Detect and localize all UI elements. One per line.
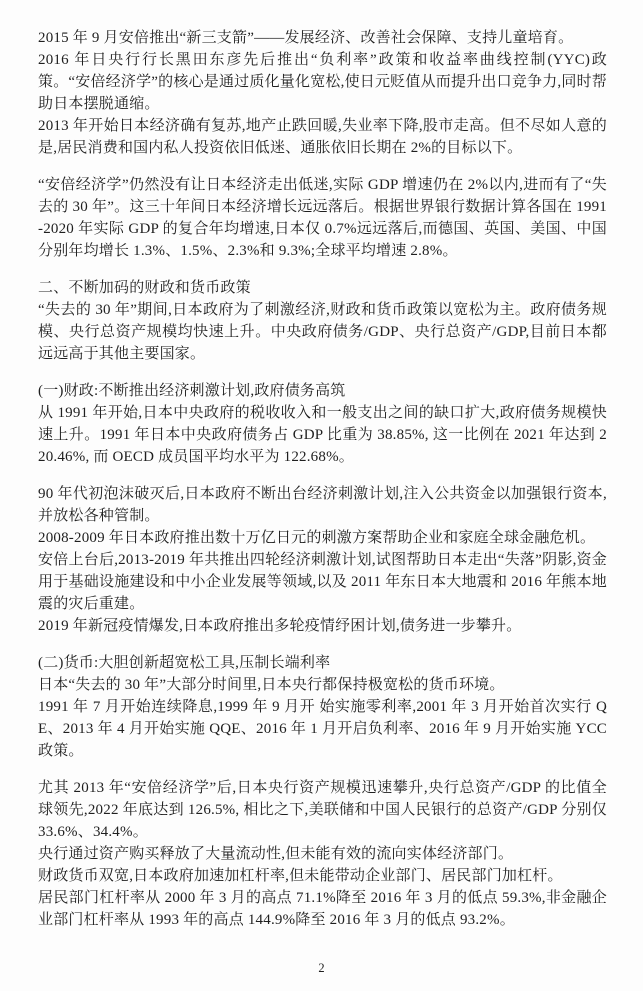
paragraph: 2015 年 9 月安倍推出“新三支箭”——发展经济、改善社会保障、支持儿童培育… xyxy=(38,27,607,49)
paragraph: 安倍上台后,2013-2019 年共推出四轮经济刺激计划,试图帮助日本走出“失落… xyxy=(38,549,607,615)
paragraph: 日本“失去的 30 年”大部分时间里,日本央行都保持极宽松的货币环境。 xyxy=(38,674,607,696)
paragraph: 央行通过资产购买释放了大量流动性,但未能有效的流向实体经济部门。 xyxy=(38,843,607,865)
paragraph: 财政货币双宽,日本政府加速加杠杆率,但未能带动企业部门、居民部门加杠杆。 xyxy=(38,865,607,887)
paragraph: 90 年代初泡沫破灭后,日本政府不断出台经济刺激计划,注入公共资金以加强银行资本… xyxy=(38,483,607,527)
paragraph: 2019 年新冠疫情爆发,日本政府推出多轮疫情纾困计划,债务进一步攀升。 xyxy=(38,615,607,637)
page-footer: 2 xyxy=(0,961,643,976)
subsection-heading: (二)货币:大胆创新超宽松工具,压制长端利率 xyxy=(38,652,607,674)
paragraph: “失去的 30 年”期间,日本政府为了刺激经济,财政和货币政策以宽松为主。政府债… xyxy=(38,299,607,365)
paragraph: 从 1991 年开始,日本中央政府的税收收入和一般支出之间的缺口扩大,政府债务规… xyxy=(38,402,607,468)
paragraph: 居民部门杠杆率从 2000 年 3 月的高点 71.1%降至 2016 年 3 … xyxy=(38,887,607,931)
subsection-heading: (一)财政:不断推出经济刺激计划,政府债务高筑 xyxy=(38,380,607,402)
document-page: 2015 年 9 月安倍推出“新三支箭”——发展经济、改善社会保障、支持儿童培育… xyxy=(0,0,643,991)
paragraph: 2013 年开始日本经济确有复苏,地产止跌回暖,失业率下降,股市走高。但不尽如人… xyxy=(38,115,607,159)
paragraph: “安倍经济学”仍然没有让日本经济走出低迷,实际 GDP 增速仍在 2%以内,进而… xyxy=(38,174,607,262)
page-number: 2 xyxy=(318,961,324,975)
paragraph: 2016 年日央行行长黑田东彦先后推出“负利率”政策和收益率曲线控制(YYC)政… xyxy=(38,49,607,115)
section-heading: 二、不断加码的财政和货币政策 xyxy=(38,277,607,299)
paragraph: 尤其 2013 年“安倍经济学”后,日本央行资产规模迅速攀升,央行总资产/GDP… xyxy=(38,777,607,843)
document-content: 2015 年 9 月安倍推出“新三支箭”——发展经济、改善社会保障、支持儿童培育… xyxy=(38,27,607,931)
paragraph: 2008-2009 年日本政府推出数十万亿日元的刺激方案帮助企业和家庭全球金融危… xyxy=(38,527,607,549)
paragraph: 1991 年 7 月开始连续降息,1999 年 9 月开 始实施零利率,2001… xyxy=(38,696,607,762)
